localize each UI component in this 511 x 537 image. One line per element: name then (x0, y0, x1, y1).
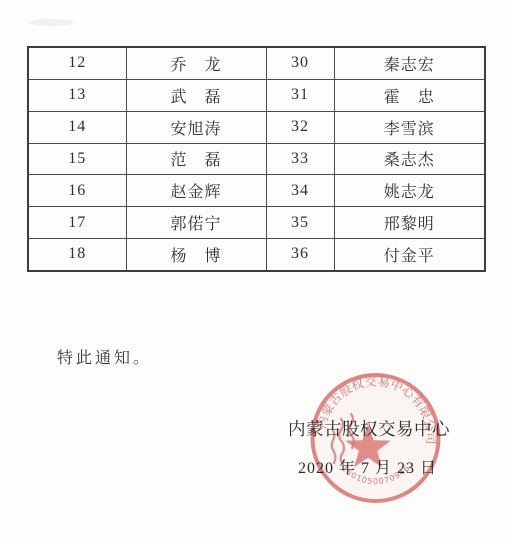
serial-cell: 30 (266, 47, 334, 79)
name-cell: 郭偌宁 (126, 207, 266, 239)
serial-cell: 34 (266, 175, 334, 207)
table-row: 13 武 磊 31 霍 忠 (28, 79, 485, 111)
serial-cell: 35 (266, 207, 334, 239)
serial-cell: 36 (266, 238, 334, 271)
name-cell: 杨 博 (126, 238, 266, 271)
name-cell: 安旭涛 (126, 111, 266, 143)
official-red-seal: 内蒙古股权交易中心有限公司 1501050070946 (306, 369, 446, 509)
serial-cell: 31 (266, 79, 334, 111)
serial-cell: 12 (28, 47, 126, 79)
name-cell: 付金平 (334, 238, 485, 271)
name-cell: 邢黎明 (334, 207, 485, 239)
serial-cell: 33 (266, 143, 334, 175)
name-cell: 姚志龙 (334, 175, 485, 207)
table-row: 17 郭偌宁 35 邢黎明 (28, 207, 485, 239)
table-row: 15 范 磊 33 桑志杰 (28, 143, 485, 175)
name-cell: 秦志宏 (334, 47, 485, 79)
name-cell: 范 磊 (126, 143, 266, 175)
serial-cell: 18 (28, 238, 126, 271)
name-cell: 桑志杰 (334, 143, 485, 175)
table-row: 12 乔 龙 30 秦志宏 (28, 47, 485, 79)
table-row: 14 安旭涛 32 李雪滨 (28, 111, 485, 143)
serial-cell: 32 (266, 111, 334, 143)
name-cell: 赵金辉 (126, 175, 266, 207)
scan-artifact (28, 19, 74, 26)
name-cell: 武 磊 (126, 79, 266, 111)
name-cell: 李雪滨 (334, 111, 485, 143)
table-row: 18 杨 博 36 付金平 (28, 238, 485, 271)
table-row: 16 赵金辉 34 姚志龙 (28, 175, 485, 207)
closing-notice-text: 特此通知。 (57, 345, 152, 368)
serial-cell: 14 (28, 111, 126, 143)
name-cell: 霍 忠 (334, 79, 485, 111)
signatory-roster-table: 12 乔 龙 30 秦志宏 13 武 磊 31 霍 忠 14 安旭涛 32 李雪… (27, 46, 486, 272)
serial-cell: 16 (28, 175, 126, 207)
serial-cell: 15 (28, 143, 126, 175)
serial-cell: 13 (28, 79, 126, 111)
serial-cell: 17 (28, 207, 126, 239)
name-cell: 乔 龙 (126, 47, 266, 79)
